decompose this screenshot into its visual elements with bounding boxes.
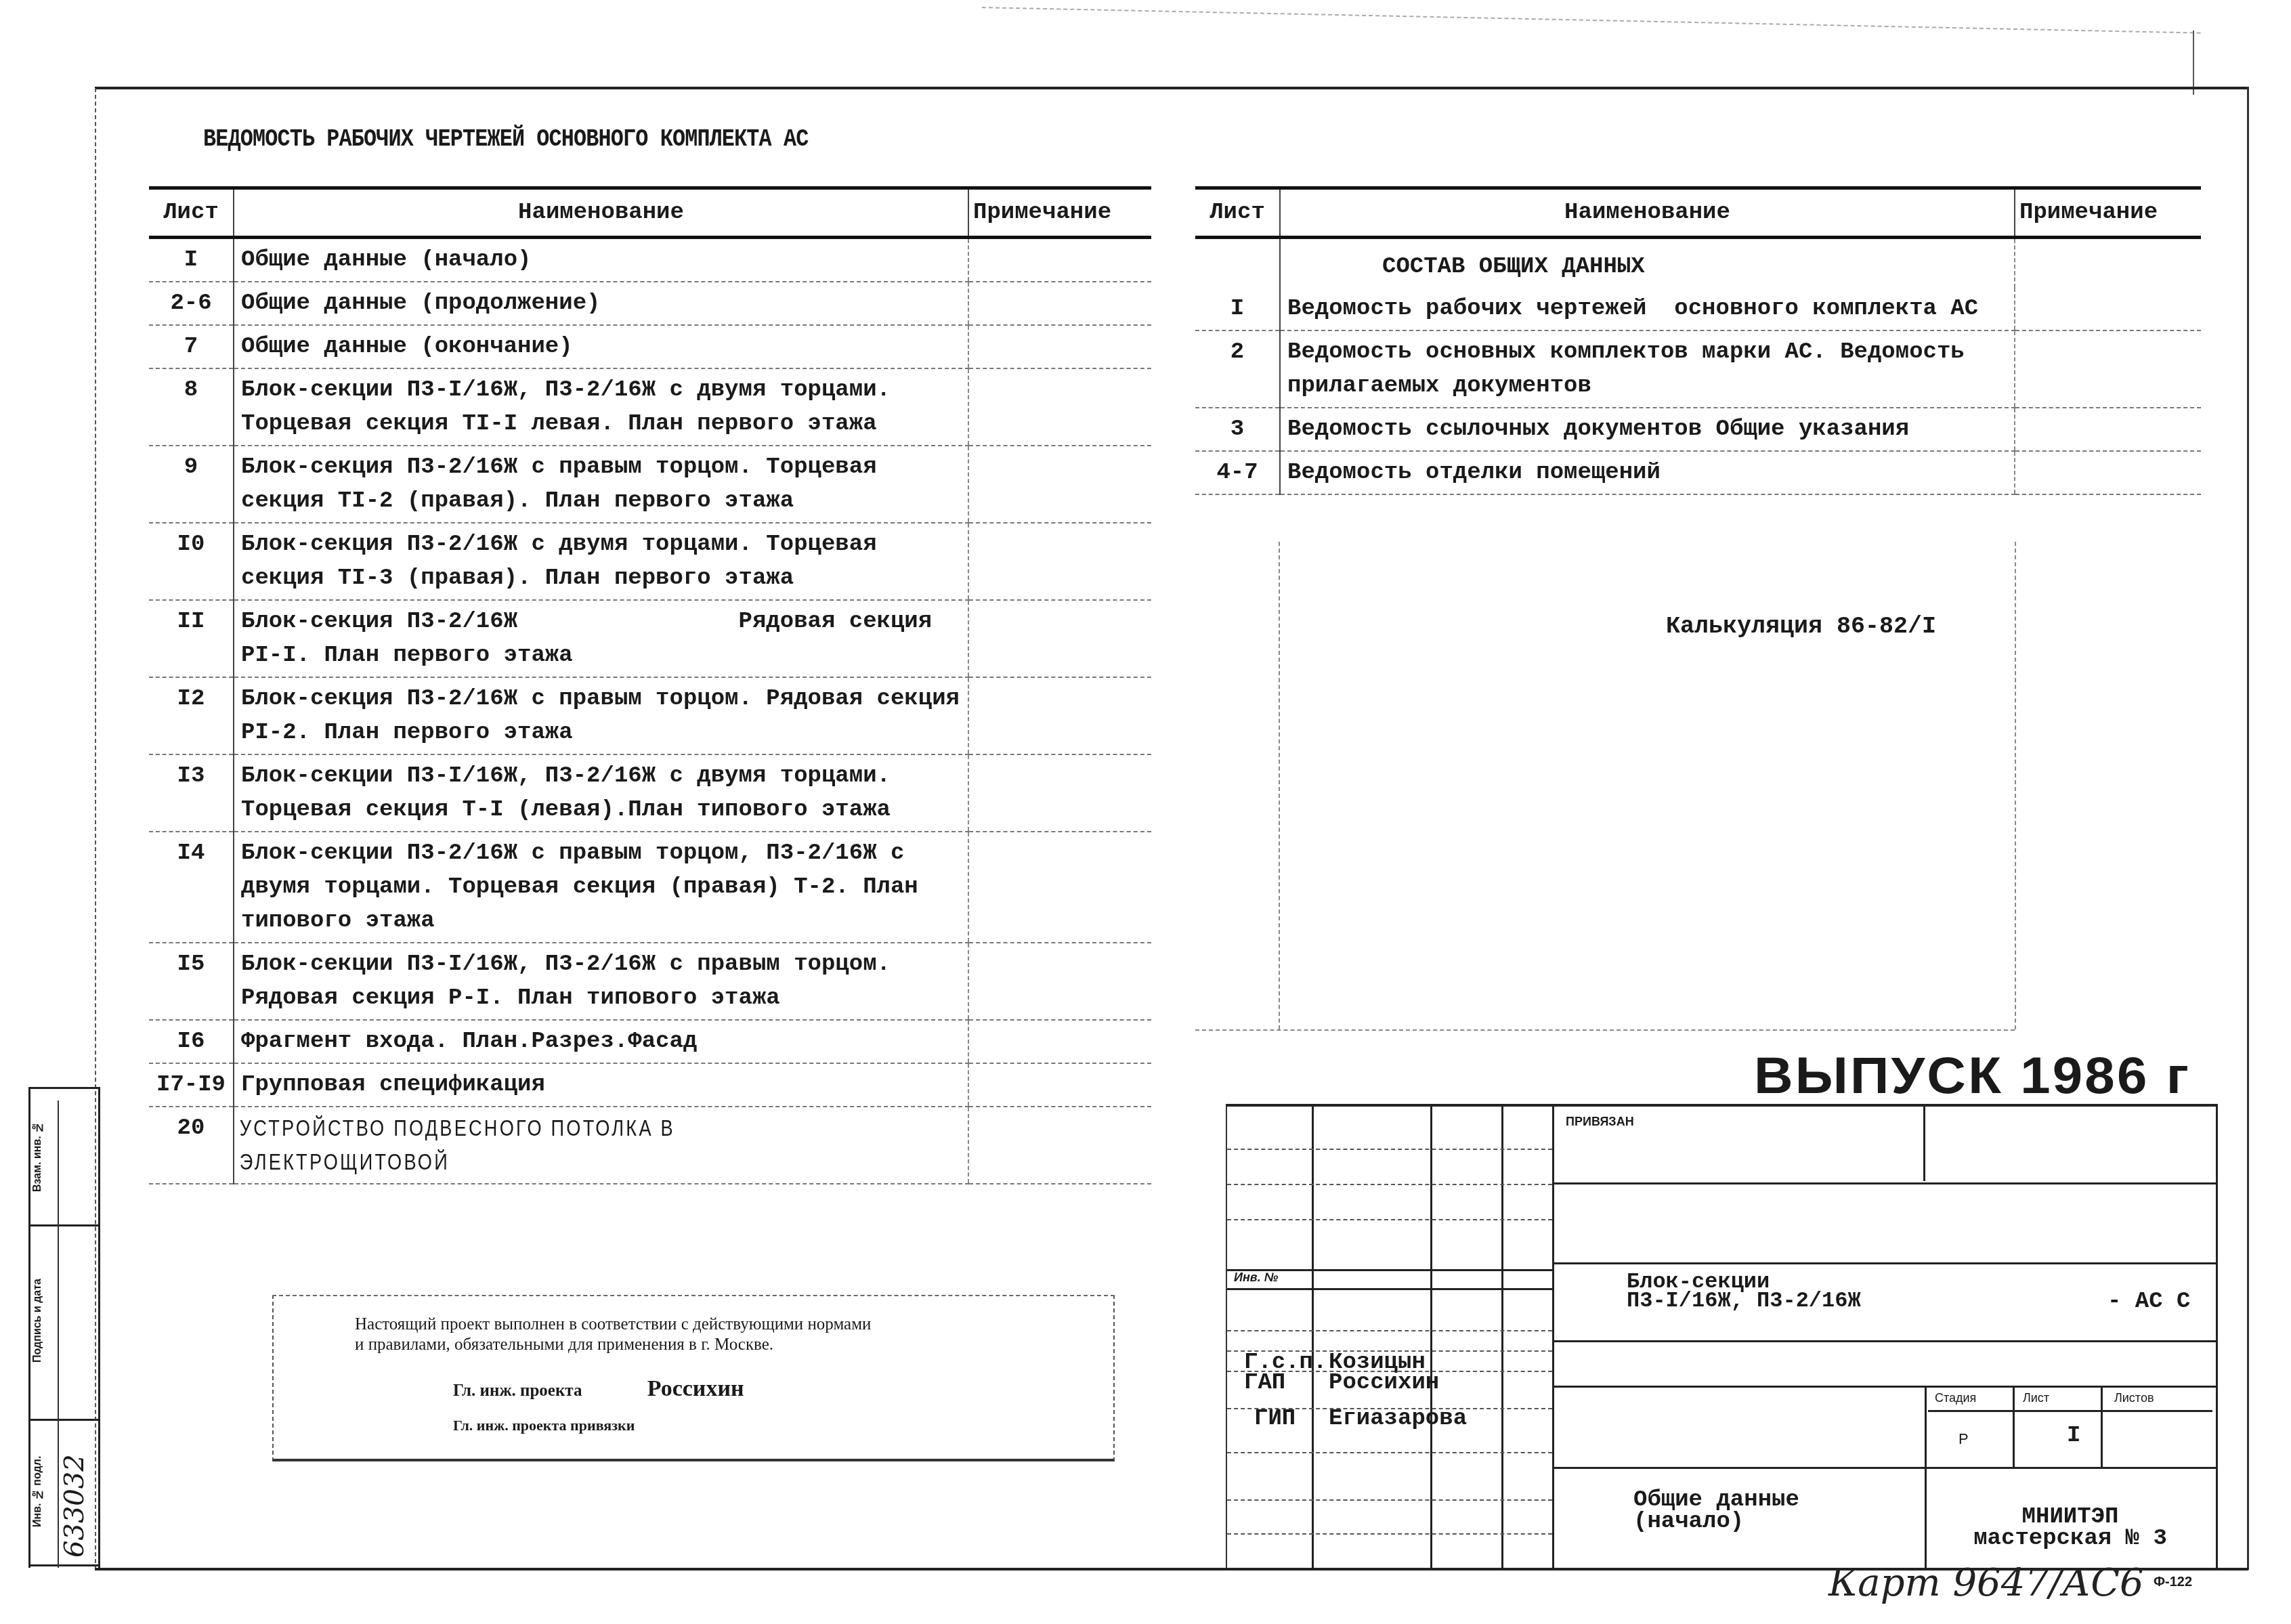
document-title: ВЕДОМОСТЬ РАБОЧИХ ЧЕРТЕЖЕЙ ОСНОВНОГО КОМ…: [203, 125, 809, 154]
column-header-note: Примечание: [968, 188, 1151, 238]
sheet-name: Блок-секции П3-2/16Ж с правым торцом, П3…: [234, 832, 968, 943]
scan-artifact-line: [982, 7, 2201, 34]
issue-year-stamp: ВЫПУСК 1986 г: [1754, 1046, 2191, 1105]
table-header-row: Лист Наименование Примечание: [149, 188, 1151, 238]
sheet-number: 7: [149, 325, 234, 368]
column-header-name: Наименование: [234, 188, 968, 238]
side-label: Инв. № подл.: [32, 1426, 58, 1558]
sheet-note: [2015, 451, 2201, 494]
grid-line: [1227, 1499, 1552, 1501]
table-row: I2Блок-секция П3-2/16Ж с правым торцом. …: [149, 677, 1151, 754]
sheet-note: [968, 677, 1151, 754]
sheet-number: 2: [1195, 330, 1280, 408]
side-label: Взам. инв. №: [32, 1096, 58, 1218]
inventory-label: Инв. №: [1234, 1270, 1278, 1285]
sheet-name: УСТРОЙСТВО ПОДВЕСНОГО ПОТОЛКА В ЭЛЕКТРОЩ…: [234, 1107, 821, 1184]
sheet-name: Фрагмент входа. План.Разрез.Фасад: [234, 1020, 968, 1063]
sheet-name: Групповая спецификация: [234, 1063, 968, 1107]
object-title-line-2: П3-I/16Ж, П3-2/16Ж: [1627, 1291, 1861, 1310]
sheet-name: Ведомость отделки помещений: [1280, 451, 2015, 494]
sheet-name: Блок-секции П3-I/16Ж, П3-2/16Ж с двумя т…: [234, 754, 968, 832]
sheet-number: I0: [149, 523, 234, 600]
sheets-header: Листов: [2114, 1391, 2154, 1405]
sheet-number: II: [149, 600, 234, 677]
stage-value: Р: [1958, 1430, 1969, 1448]
sheet-note: [968, 523, 1151, 600]
table-row: 2-6Общие данные (продолжение): [149, 282, 1151, 325]
table-row: 20УСТРОЙСТВО ПОДВЕСНОГО ПОТОЛКА В ЭЛЕКТР…: [149, 1107, 1151, 1184]
sheet-note: [2015, 330, 2201, 408]
sheet-name: Блок-секция П3-2/16Ж с правым торцом. То…: [234, 446, 968, 523]
grid-line: [1552, 1107, 1554, 1568]
table-row: 9Блок-секция П3-2/16Ж с правым торцом. Т…: [149, 446, 1151, 523]
grid-line: [1227, 1330, 1552, 1331]
sheet-number: I7-I9: [149, 1063, 234, 1107]
sheet-name: Ведомость ссылочных документов Общие ука…: [1280, 408, 2015, 451]
sheet-number: 2-6: [149, 282, 234, 325]
sheet-note: [968, 600, 1151, 677]
sheet-title-line-1: Общие данные: [1633, 1489, 1799, 1511]
document-code: - АС С: [2107, 1291, 2190, 1312]
drawings-list-table: Лист Наименование Примечание IОбщие данн…: [149, 186, 1151, 1184]
general-data-body: СОСТАВ ОБЩИХ ДАННЫХ IВедомость рабочих ч…: [1195, 238, 2201, 495]
grid-line: [1227, 1533, 1552, 1535]
table-row: I5Блок-секции П3-I/16Ж, П3-2/16Ж с правы…: [149, 943, 1151, 1020]
side-cell-replaced-inv: Взам. инв. №: [30, 1087, 98, 1226]
sheet-number: 9: [149, 446, 234, 523]
sheet-name: Ведомость рабочих чертежей основного ком…: [1280, 288, 2015, 330]
sheet-name: Блок-секции П3-I/16Ж, П3-2/16Ж с правым …: [234, 943, 968, 1020]
side-cell-signature-date: Подпись и дата: [30, 1222, 98, 1421]
grid-line: [1552, 1340, 2216, 1342]
staff-name: Егиазарова: [1329, 1408, 1467, 1430]
drawings-list-body: IОбщие данные (начало)2-6Общие данные (п…: [149, 238, 1151, 1184]
sheet-name: Общие данные (окончание): [234, 325, 968, 368]
sheet-note: [968, 754, 1151, 832]
sheet-title-line-2: (начало): [1633, 1511, 1799, 1533]
table-row: IОбщие данные (начало): [149, 238, 1151, 282]
calculation-reference: Калькуляция 86-82/I: [1666, 613, 1936, 640]
original-inventory-number: 633032: [59, 1426, 90, 1558]
grid-line: [1227, 1219, 1552, 1220]
grid-line: [1227, 1452, 1552, 1453]
sheet-note: [968, 832, 1151, 943]
archive-card-note: Карт 9647/АС6: [1828, 1561, 2144, 1605]
bound-label: ПРИВЯЗАН: [1566, 1115, 1634, 1129]
grid-line: [1552, 1467, 2216, 1469]
staff-name: Россихин: [1329, 1372, 1439, 1394]
frame-top-border: [95, 87, 2248, 89]
sheet-note: [968, 238, 1151, 282]
general-data-table: Лист Наименование Примечание СОСТАВ ОБЩИ…: [1195, 186, 2201, 495]
grid-line: [1552, 1262, 2216, 1264]
sheet-name: Блок-секция П3-2/16Ж с правым торцом. Ря…: [234, 677, 968, 754]
column-divider: [2015, 542, 2016, 1029]
page-edge-line: [2193, 30, 2194, 95]
table-row: I4Блок-секции П3-2/16Ж с правым торцом, …: [149, 832, 1151, 943]
chief-engineer-name: Россихин: [647, 1376, 744, 1401]
sheet-name: Блок-секция П3-2/16Ж Рядовая секция РI-I…: [234, 600, 968, 677]
staff-role: ГАП: [1244, 1372, 1285, 1394]
notice-line-2: и правилами, обязательными для применени…: [355, 1335, 773, 1354]
sheet-name: Блок-секции П3-I/16Ж, П3-2/16Ж с двумя т…: [234, 368, 968, 446]
column-header-name: Наименование: [1280, 188, 2015, 238]
title-block: Инв. № Г.с.п. Козицын ГАП Россихин ГИП Е…: [1226, 1104, 2218, 1568]
chief-engineer-label: Гл. инж. проекта: [453, 1382, 582, 1400]
table-row: 4-7Ведомость отделки помещений: [1195, 451, 2201, 494]
side-label: Подпись и дата: [32, 1229, 58, 1412]
table-row: I3Блок-секции П3-I/16Ж, П3-2/16Ж с двумя…: [149, 754, 1151, 832]
side-stamp: Взам. инв. № Подпись и дата Инв. № подл.…: [28, 1087, 100, 1568]
table-row: 8Блок-секции П3-I/16Ж, П3-2/16Ж с двумя …: [149, 368, 1151, 446]
sheet-name: Общие данные (продолжение): [234, 282, 968, 325]
table-row: IВедомость рабочих чертежей основного ко…: [1195, 288, 2201, 330]
grid-line: [2013, 1386, 2015, 1467]
sheet-number: I4: [149, 832, 234, 943]
table-row: 7Общие данные (окончание): [149, 325, 1151, 368]
sheet-note: [2015, 288, 2201, 330]
section-heading-row: СОСТАВ ОБЩИХ ДАННЫХ: [1195, 238, 2201, 289]
sheet-number: I2: [149, 677, 234, 754]
grid-line: [1552, 1386, 2216, 1388]
binding-engineer-label: Гл. инж. проекта привязки: [453, 1417, 635, 1434]
frame-right-border: [2247, 87, 2249, 1570]
sheet-name: Блок-секция П3-2/16Ж с двумя торцами. То…: [234, 523, 968, 600]
sheet-header: Лист: [2023, 1391, 2049, 1405]
grid-line: [1552, 1182, 2216, 1184]
sheet-name: Ведомость основных комплектов марки АС. …: [1280, 330, 2015, 408]
column-divider: [1279, 542, 1280, 1029]
sheet-number: 8: [149, 368, 234, 446]
chief-engineer-signoff: Гл. инж. проекта Россихин: [453, 1376, 744, 1402]
table-row: I7-I9Групповая спецификация: [149, 1063, 1151, 1107]
sheet-note: [968, 1020, 1151, 1063]
side-cell-original-inv: Инв. № подл. 633032: [30, 1419, 98, 1566]
grid-line: [1227, 1149, 1552, 1150]
stage-header: Стадия: [1935, 1391, 1976, 1405]
organization-workshop: мастерская № 3: [1931, 1528, 2209, 1550]
sheet-number: 20: [149, 1107, 234, 1184]
sheet-number: I: [149, 238, 234, 282]
sheet-note: [968, 325, 1151, 368]
grid-line: [1925, 1467, 1927, 1568]
sheet-note: [968, 282, 1151, 325]
column-header-sheet: Лист: [149, 188, 234, 238]
section-heading: СОСТАВ ОБЩИХ ДАННЫХ: [1280, 238, 2015, 289]
sheet-note: [2015, 408, 2201, 451]
notice-line-1: Настоящий проект выполнен в соответствии…: [355, 1315, 871, 1334]
form-code: Ф-122: [2154, 1575, 2192, 1590]
column-header-note: Примечание: [2015, 188, 2201, 238]
grid-line: [1227, 1184, 1552, 1185]
staff-role: ГИП: [1254, 1408, 1296, 1430]
sheet-name: Общие данные (начало): [234, 238, 968, 282]
organization: МНИИТЭП мастерская № 3: [1931, 1506, 2209, 1550]
sheet-note: [968, 1107, 1151, 1184]
table-row: 2Ведомость основных комплектов марки АС.…: [1195, 330, 2201, 408]
sheet-number: 3: [1195, 408, 1280, 451]
compliance-notice: Настоящий проект выполнен в соответствии…: [272, 1295, 1115, 1461]
side-stamp-divider: [58, 1101, 59, 1568]
object-title: Блок-секции П3-I/16Ж, П3-2/16Ж: [1627, 1273, 1861, 1310]
grid-line: [2101, 1386, 2103, 1467]
sheet-title: Общие данные (начало): [1633, 1489, 1799, 1533]
sheet-note: [968, 943, 1151, 1020]
sheet-number: I6: [149, 1020, 234, 1063]
sheet-value: I: [2067, 1425, 2080, 1447]
table-header-row: Лист Наименование Примечание: [1195, 188, 2201, 238]
sheet-note: [968, 446, 1151, 523]
organization-name: МНИИТЭП: [1931, 1506, 2209, 1528]
grid-line: [1923, 1107, 1925, 1181]
sheet-number: I5: [149, 943, 234, 1020]
sheet-note: [968, 368, 1151, 446]
sheet-number: I3: [149, 754, 234, 832]
column-header-sheet: Лист: [1195, 188, 1280, 238]
table-bottom-line: [1195, 1029, 2015, 1031]
grid-line: [1928, 1410, 2212, 1412]
table-row: IIБлок-секция П3-2/16Ж Рядовая секция РI…: [149, 600, 1151, 677]
table-row: I6Фрагмент входа. План.Разрез.Фасад: [149, 1020, 1151, 1063]
grid-line: [1227, 1288, 1552, 1290]
table-row: I0Блок-секция П3-2/16Ж с двумя торцами. …: [149, 523, 1151, 600]
sheet-number: I: [1195, 288, 1280, 330]
sheet-number: 4-7: [1195, 451, 1280, 494]
grid-line: [1925, 1386, 1927, 1467]
sheet-note: [968, 1063, 1151, 1107]
table-row: 3Ведомость ссылочных документов Общие ук…: [1195, 408, 2201, 451]
